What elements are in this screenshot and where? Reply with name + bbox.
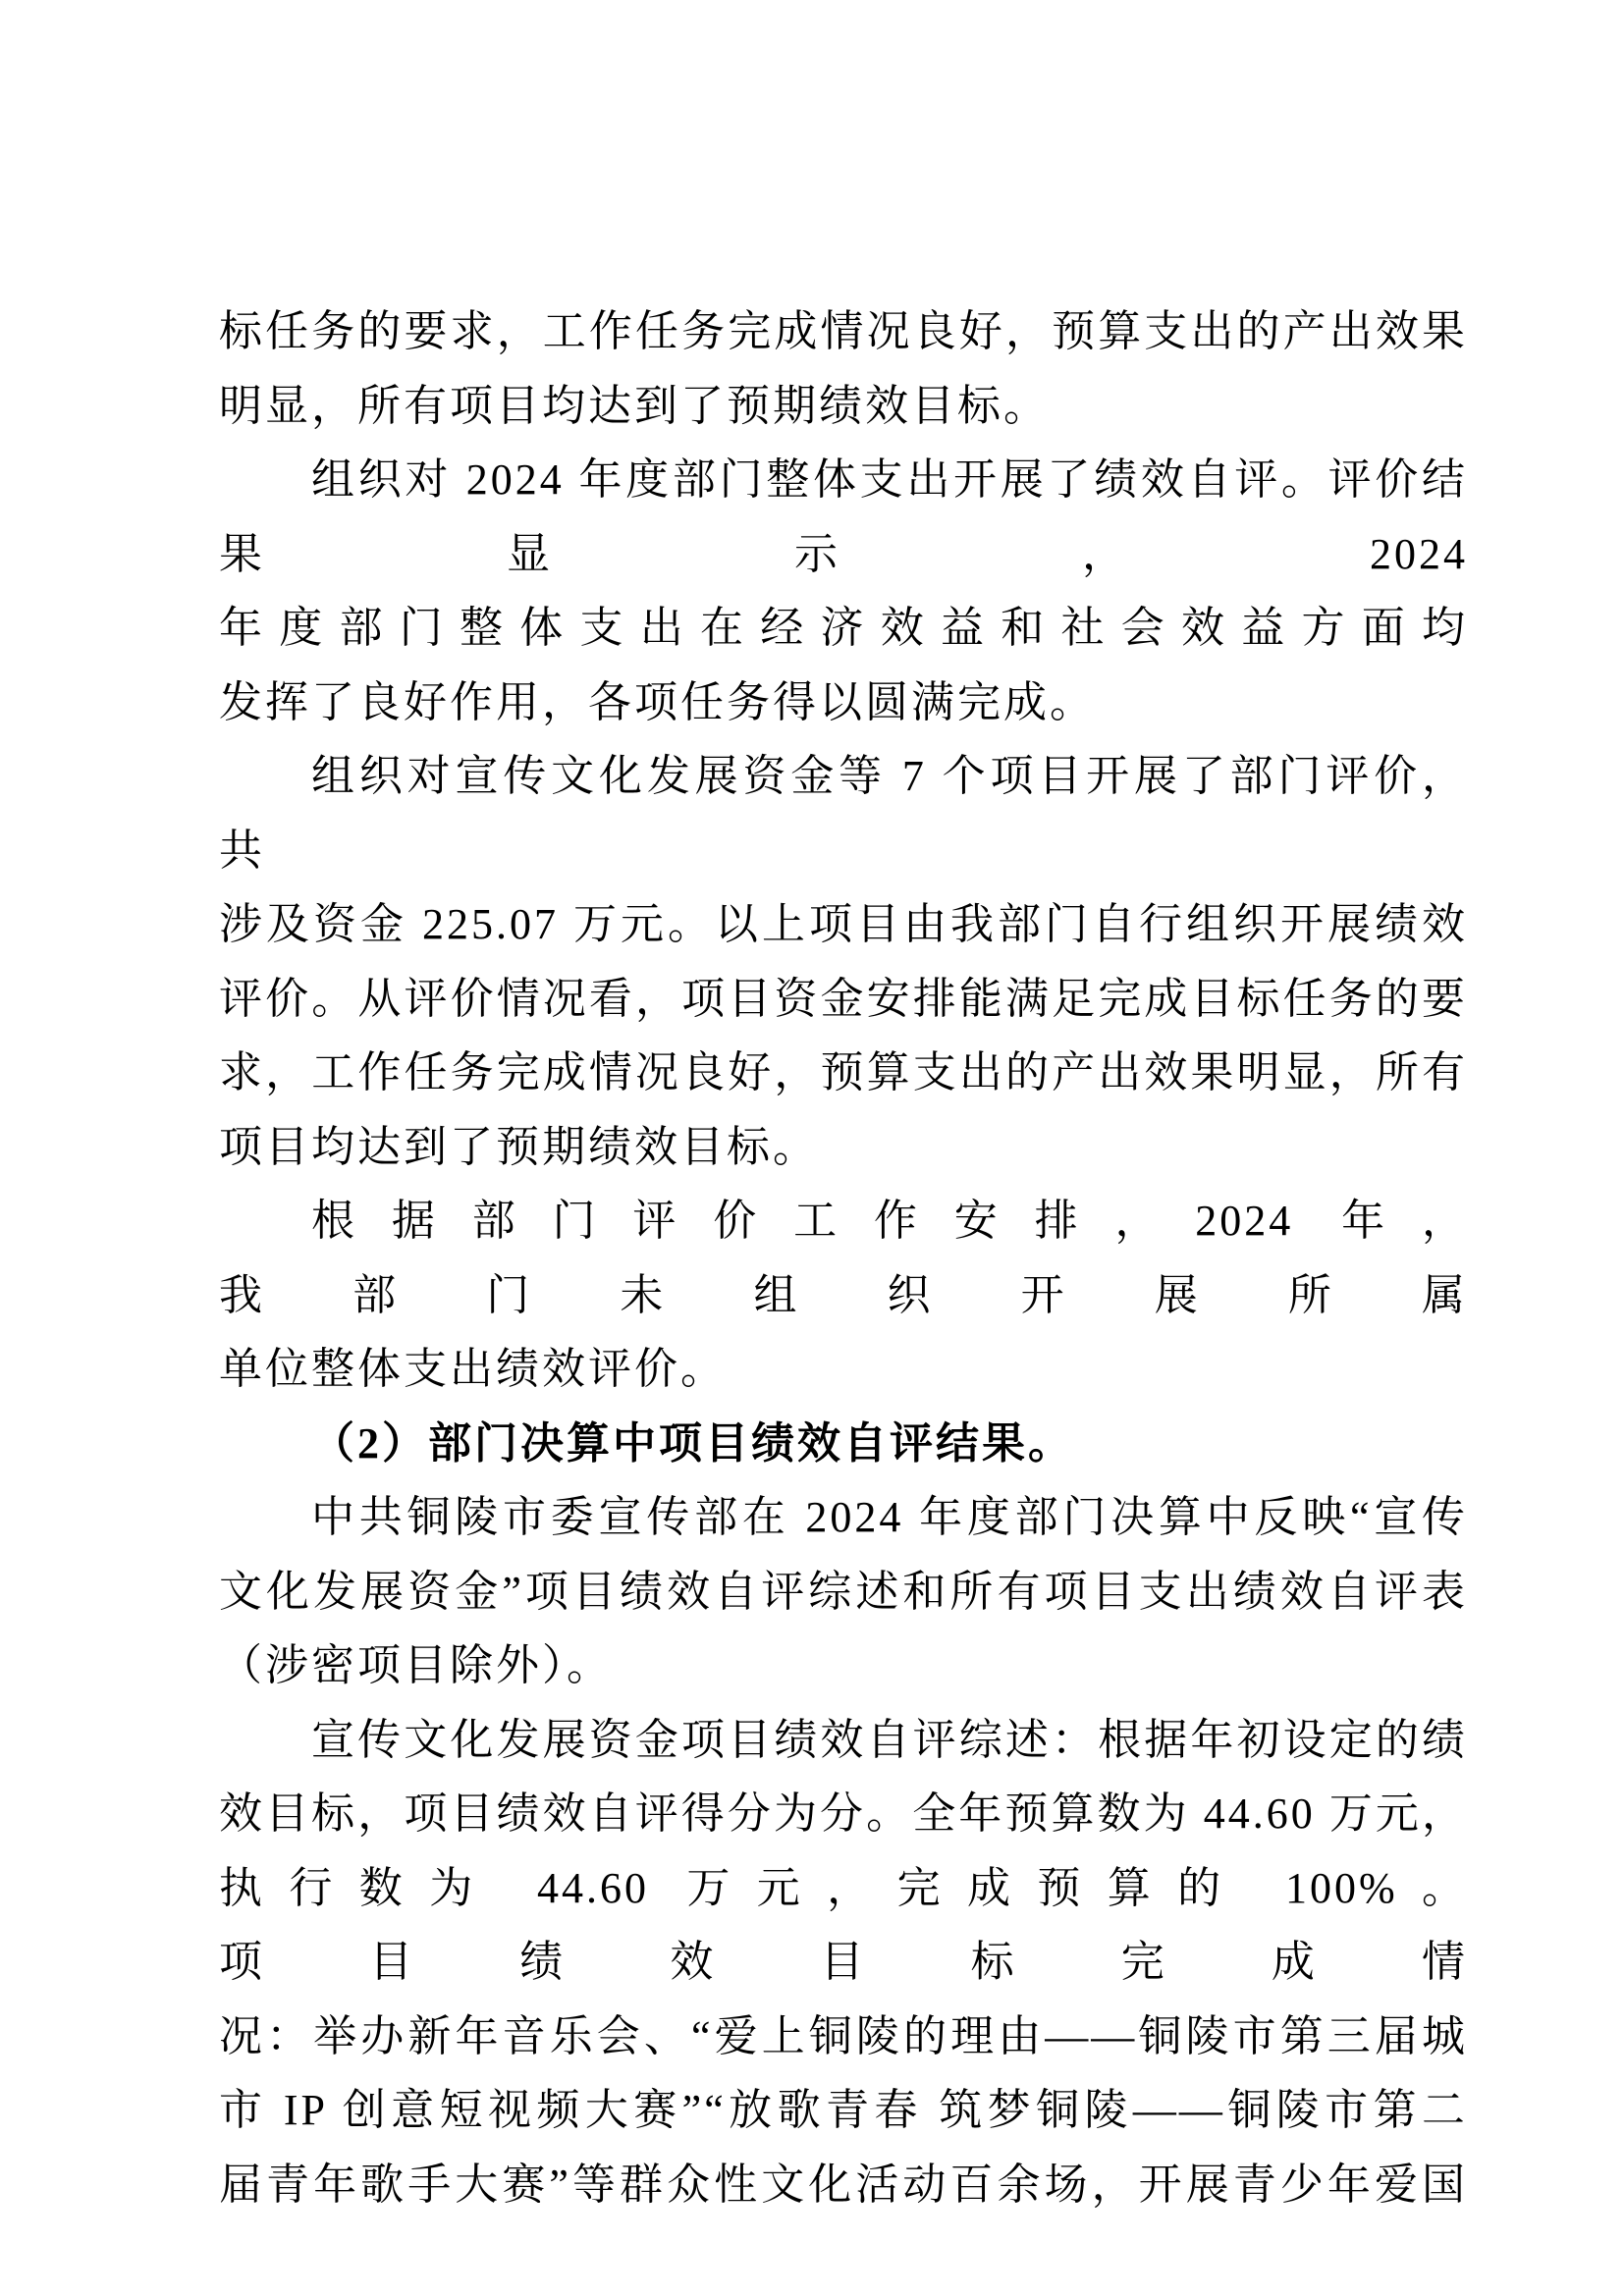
- text-line: 组织对宣传文化发展资金等 7 个项目开展了部门评价，共: [219, 739, 1468, 887]
- text-line: （2）部门决算中项目绩效自评结果。: [219, 1407, 1468, 1481]
- text-line: 标任务的要求，工作任务完成情况良好，预算支出的产出效果: [219, 294, 1468, 369]
- text-line: 宣传文化发展资金项目绩效自评综述：根据年初设定的绩: [219, 1703, 1468, 1778]
- document-page: 标任务的要求，工作任务完成情况良好，预算支出的产出效果明显，所有项目均达到了预期…: [0, 0, 1624, 2296]
- text-line: 评价。从评价情况看，项目资金安排能满足完成目标任务的要: [219, 962, 1468, 1037]
- text-line: 市 IP 创意短视频大赛”“放歌青春 筑梦铜陵——铜陵市第二: [219, 2073, 1468, 2148]
- text-line: 文化发展资金”项目绩效自评综述和所有项目支出绩效自评表: [219, 1555, 1468, 1629]
- document-body: 标任务的要求，工作任务完成情况良好，预算支出的产出效果明显，所有项目均达到了预期…: [219, 294, 1468, 2221]
- text-line: 届青年歌手大赛”等群众性文化活动百余场，开展青少年爱国: [219, 2148, 1468, 2222]
- text-line: 组织对 2024 年度部门整体支出开展了绩效自评。评价结: [219, 443, 1468, 517]
- text-line: （涉密项目除外）。: [219, 1629, 1468, 1703]
- text-line: 执行数为 44.60 万元，完成预算的 100%。项目绩效目标完成情: [219, 1851, 1468, 2000]
- text-line: 求，工作任务完成情况良好，预算支出的产出效果明显，所有: [219, 1036, 1468, 1110]
- text-line: 涉及资金 225.07 万元。以上项目由我部门自行组织开展绩效: [219, 887, 1468, 962]
- text-line: 发挥了良好作用，各项任务得以圆满完成。: [219, 666, 1468, 740]
- text-line: 明显，所有项目均达到了预期绩效目标。: [219, 369, 1468, 444]
- text-line: 项目均达到了预期绩效目标。: [219, 1110, 1468, 1185]
- text-line: 果显示，2024 年度部门整体支出在经济效益和社会效益方面均: [219, 517, 1468, 666]
- text-line: 况：举办新年音乐会、“爱上铜陵的理由——铜陵市第三届城: [219, 2000, 1468, 2074]
- text-line: 效目标，项目绩效自评得分为分。全年预算数为 44.60 万元，: [219, 1777, 1468, 1851]
- text-line: 根据部门评价工作安排，2024 年，我部门未组织开展所属: [219, 1184, 1468, 1332]
- text-line: 中共铜陵市委宣传部在 2024 年度部门决算中反映“宣传: [219, 1480, 1468, 1555]
- text-line: 单位整体支出绩效评价。: [219, 1332, 1468, 1407]
